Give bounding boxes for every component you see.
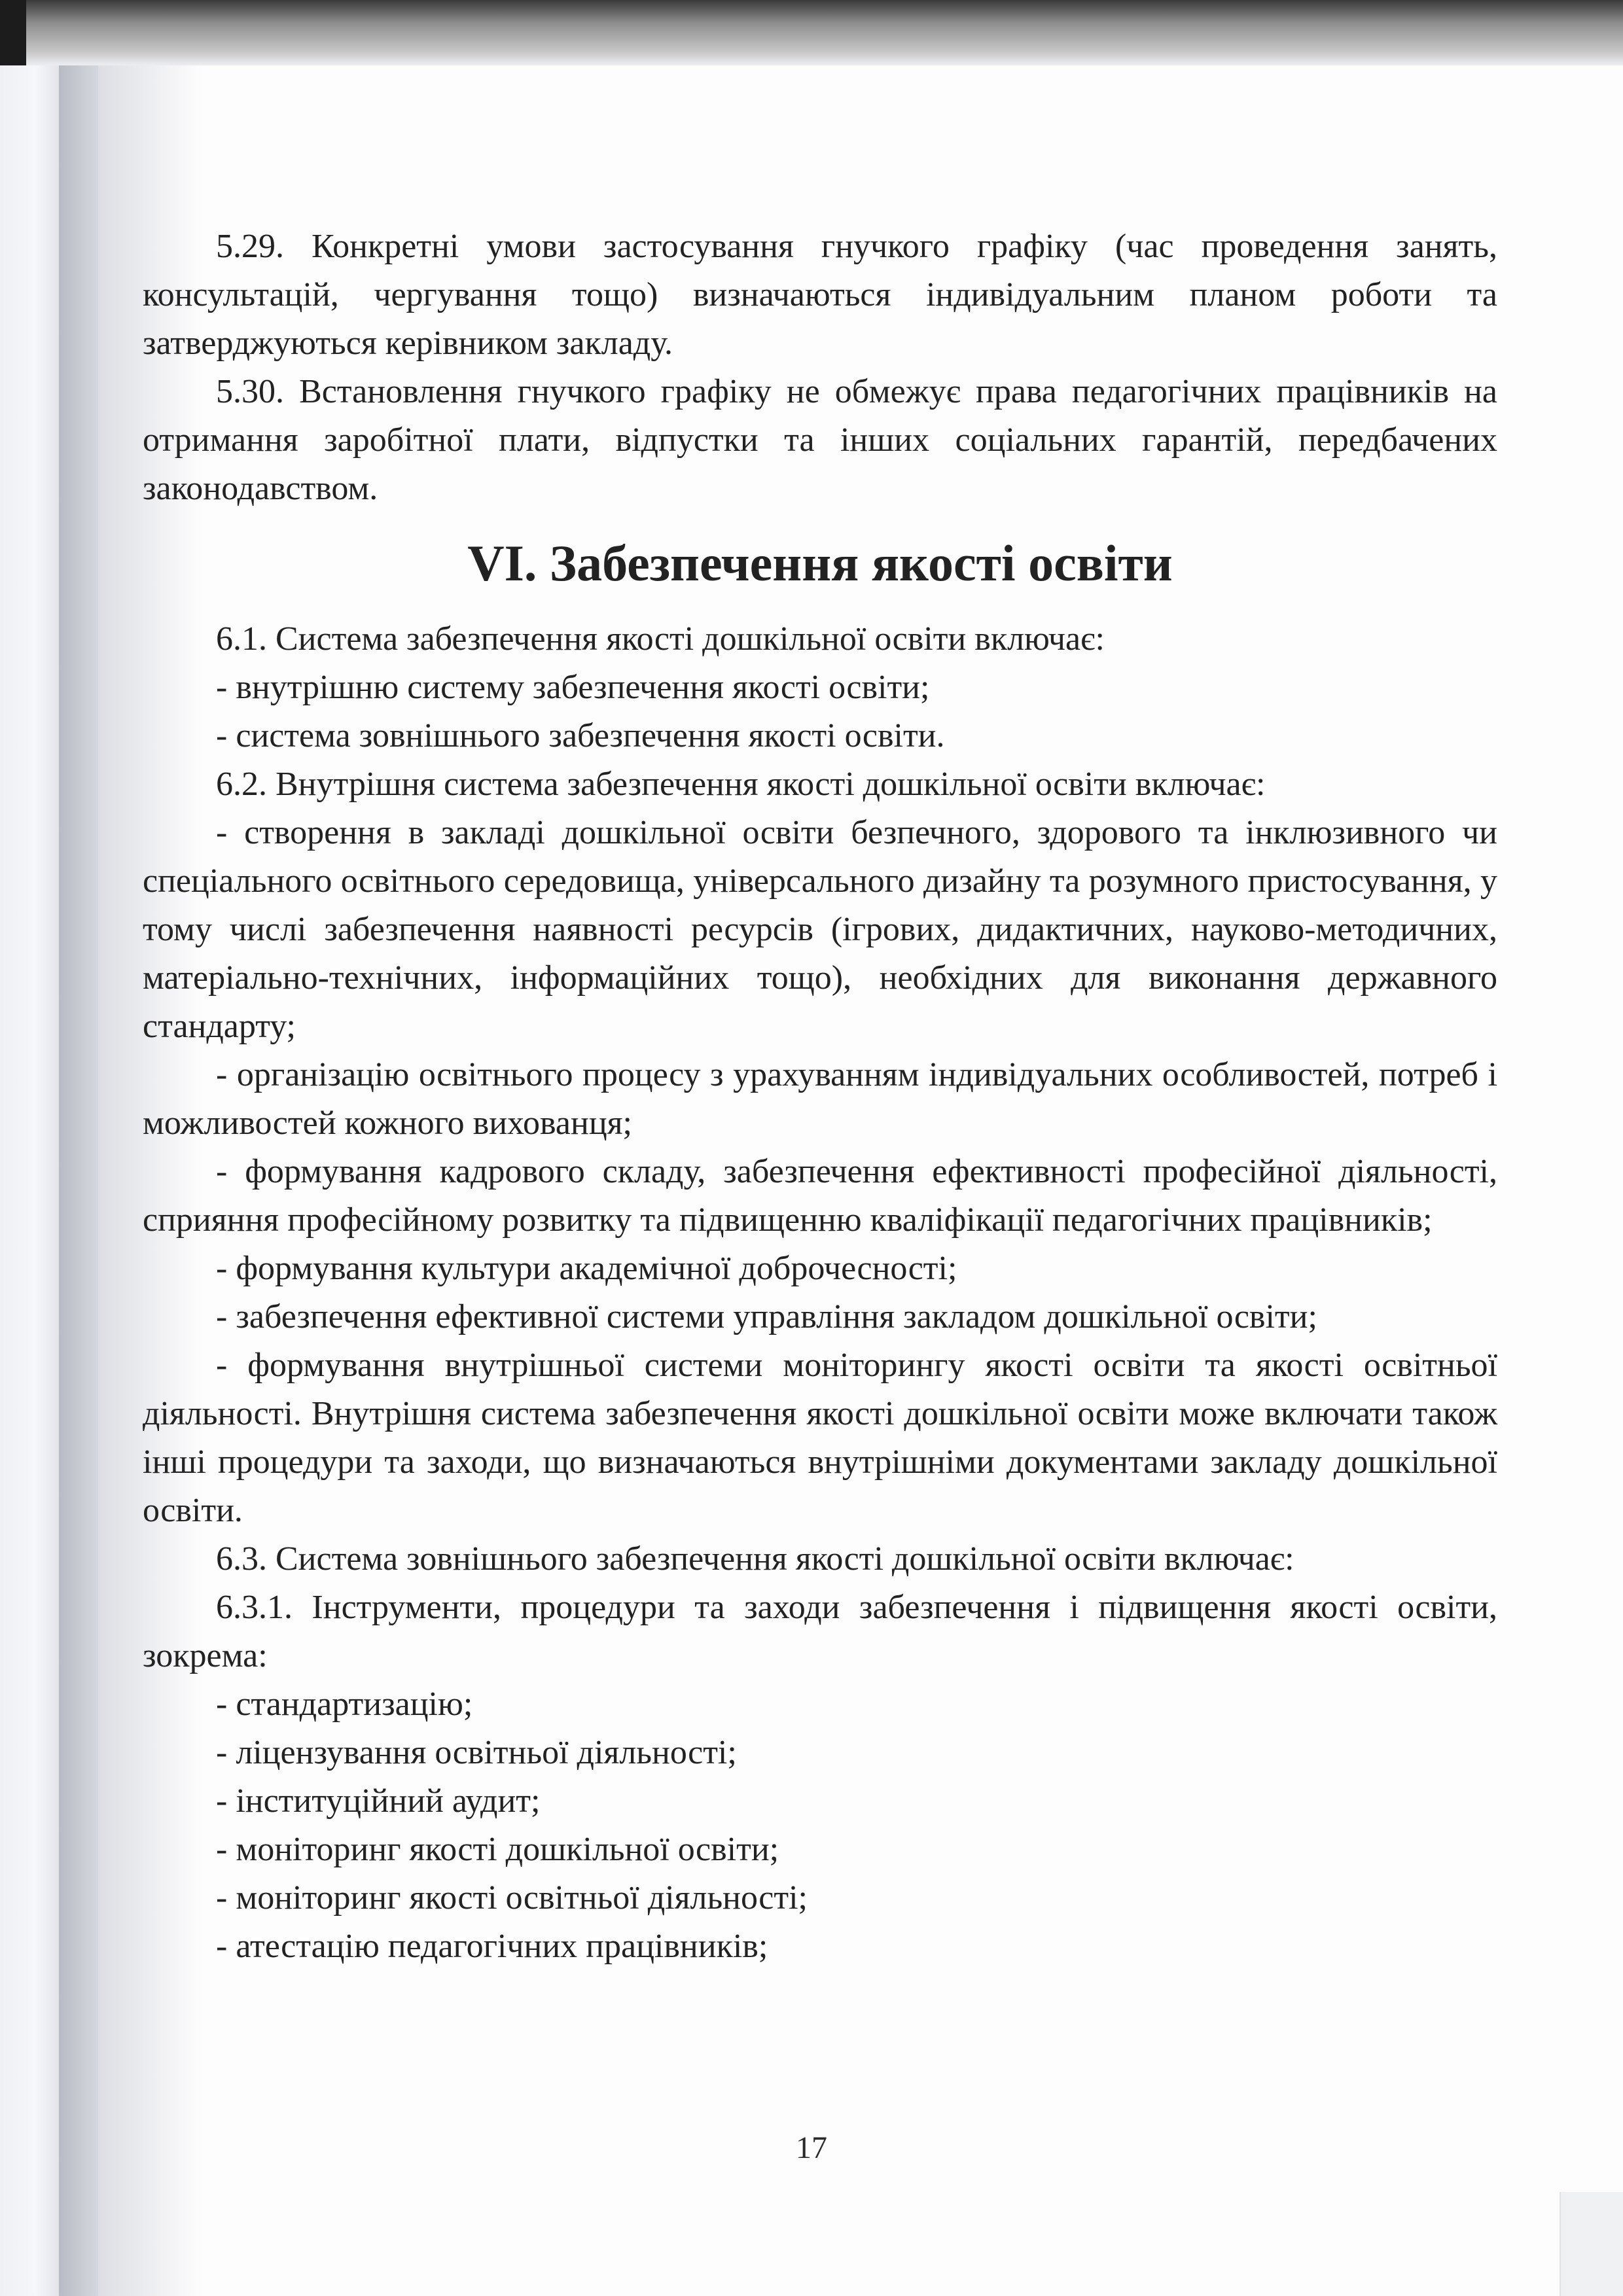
- list-item: - інституційний аудит;: [143, 1777, 1497, 1826]
- list-item: - моніторинг якості освітньої діяльності…: [143, 1874, 1497, 1922]
- paragraph-6-1: 6.1. Система забезпечення якості дошкіль…: [143, 615, 1497, 663]
- paragraph-5-29: 5.29. Конкретні умови застосування гнучк…: [143, 222, 1497, 368]
- list-item: - формування кадрового складу, забезпече…: [143, 1148, 1497, 1245]
- list-item: - внутрішню систему забезпечення якості …: [143, 663, 1497, 712]
- list-item: - забезпечення ефективної системи управл…: [143, 1293, 1497, 1341]
- list-item: - створення в закладі дошкільної освіти …: [143, 809, 1497, 1051]
- document-body: 5.29. Конкретні умови застосування гнучк…: [143, 222, 1497, 1971]
- list-item: - моніторинг якості дошкільної освіти;: [143, 1826, 1497, 1874]
- paragraph-6-3: 6.3. Система зовнішнього забезпечення як…: [143, 1535, 1497, 1583]
- scanner-top-shadow: [0, 0, 1623, 65]
- page-number: 17: [0, 2130, 1623, 2166]
- previous-page-edge: [0, 65, 59, 2296]
- list-item: - стандартизацію;: [143, 1680, 1497, 1729]
- list-item: - ліцензування освітньої діяльності;: [143, 1729, 1497, 1777]
- paragraph-6-3-1: 6.3.1. Інструменти, процедури та заходи …: [143, 1583, 1497, 1680]
- paragraph-5-30: 5.30. Встановлення гнучкого графіку не о…: [143, 368, 1497, 513]
- section-heading: VI. Забезпечення якості освіти: [143, 539, 1497, 588]
- list-item: - організацію освітнього процесу з ураху…: [143, 1051, 1497, 1148]
- list-item: - формування культури академічної доброч…: [143, 1245, 1497, 1293]
- list-item: - система зовнішнього забезпечення якост…: [143, 712, 1497, 760]
- list-item: - атестацію педагогічних працівників;: [143, 1922, 1497, 1971]
- list-item: - формування внутрішньої системи монітор…: [143, 1341, 1497, 1535]
- paragraph-6-2: 6.2. Внутрішня система забезпечення якос…: [143, 760, 1497, 809]
- next-page-edge: [1560, 2192, 1623, 2296]
